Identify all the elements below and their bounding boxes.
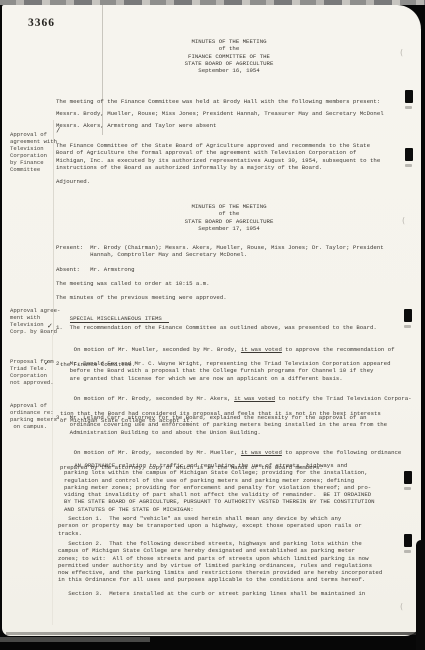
binder-mark-4 xyxy=(404,471,412,484)
agenda-item-1: 1. The recommendation of the Finance Com… xyxy=(56,324,377,331)
stray-pen-tick: ∕ xyxy=(56,126,60,134)
motion-2-after: to notify the Triad Television Corpora- xyxy=(275,395,412,402)
scanned-minutes-page: { "scan": { "page_number": "3366", "pape… xyxy=(0,0,425,650)
board-minutes-heading: MINUTES OF THE MEETING of the STATE BOAR… xyxy=(56,203,402,232)
margin-note-approval-agreement: Approval of agreement with Television Co… xyxy=(10,132,57,173)
motion-3-voted: it was voted xyxy=(241,449,282,456)
document-page: 3366 MINUTES OF THE MEETING of the FINAN… xyxy=(2,5,421,636)
motion-2-voted: it was voted xyxy=(234,395,275,402)
binder-mark-5 xyxy=(404,534,412,547)
finance-members-absent: Messrs. Akers, Armstrong and Taylor were… xyxy=(56,122,216,129)
motion-3-before: On motion of Mr. Brody, seconded by Mr. … xyxy=(74,449,241,456)
page-number: 3366 xyxy=(28,17,55,29)
agenda-item-3: 3. Mr. Leland Carr, attorney for the Boa… xyxy=(56,414,387,436)
margin-note-parking-ordinance: Approval of ordinance re: parking meters… xyxy=(10,403,57,431)
board-present-lines: Present: Mr. Brody (Chairman); Messrs. A… xyxy=(56,244,384,259)
binder-smudge-3 xyxy=(404,325,411,328)
binder-mark-2 xyxy=(405,148,413,161)
scan-bottom-left-gray xyxy=(0,637,150,642)
ordinance-section-2: Section 2. That the following described … xyxy=(58,540,382,584)
finance-minutes-heading: MINUTES OF THE MEETING of the FINANCE CO… xyxy=(56,38,402,74)
agenda-item-2: 2. Mr. Donald Fox and Mr. C. Wayne Wrigh… xyxy=(56,360,390,382)
ordinance-section-3: Section 3. Meters installed at the curb … xyxy=(58,590,365,597)
binder-smudge-5 xyxy=(404,550,411,553)
previous-minutes-line: The minutes of the previous meeting were… xyxy=(56,294,227,301)
finance-approval-paragraph: The Finance Committee of the State Board… xyxy=(56,142,380,171)
binder-smudge-4 xyxy=(404,487,411,490)
binder-mark-3 xyxy=(404,309,412,322)
ordinance-preamble: AN ORDINANCE relating to traffic and reg… xyxy=(64,462,375,513)
ordinance-section-1: Section 1. The word "vehicle" as used he… xyxy=(58,515,362,537)
scan-bottom-smudge xyxy=(6,632,416,635)
binder-smudge-1 xyxy=(405,106,412,109)
motion-1-voted: it was voted xyxy=(241,346,282,353)
finance-adjourned-line: Adjourned. xyxy=(56,178,90,185)
motion-1-before: On motion of Mr. Mueller, seconded by Mr… xyxy=(74,346,241,353)
binder-mark-1 xyxy=(405,90,413,103)
checkmark-item-1: ✓ xyxy=(47,322,53,330)
scan-right-edge-lower xyxy=(416,540,425,650)
motion-2-before: On motion of Mr. Brody, seconded by Mr. … xyxy=(74,395,234,402)
motion-3-after: to approve the following ordinance xyxy=(282,449,401,456)
binder-smudge-2 xyxy=(405,164,412,167)
pencil-mark-1: ( xyxy=(400,48,403,57)
pencil-mark-3: ( xyxy=(400,602,403,611)
page-curl-top-right xyxy=(396,5,421,29)
finance-opening-line: The meeting of the Finance Committee was… xyxy=(56,98,380,105)
board-absent-line: Absent: Mr. Armstrong xyxy=(56,266,135,273)
called-to-order-line: The meeting was called to order at 10:15… xyxy=(56,280,210,287)
finance-members-present: Messrs. Brody, Mueller, Rouse; Miss Jone… xyxy=(56,110,384,117)
checkmark-item-2: ✓ xyxy=(44,359,50,367)
pencil-mark-2: ( xyxy=(402,216,405,225)
motion-1-after: to approve the recommendation of xyxy=(282,346,395,353)
special-items-heading-text: SPECIAL MISCELLANEOUS ITEMS xyxy=(70,315,169,323)
